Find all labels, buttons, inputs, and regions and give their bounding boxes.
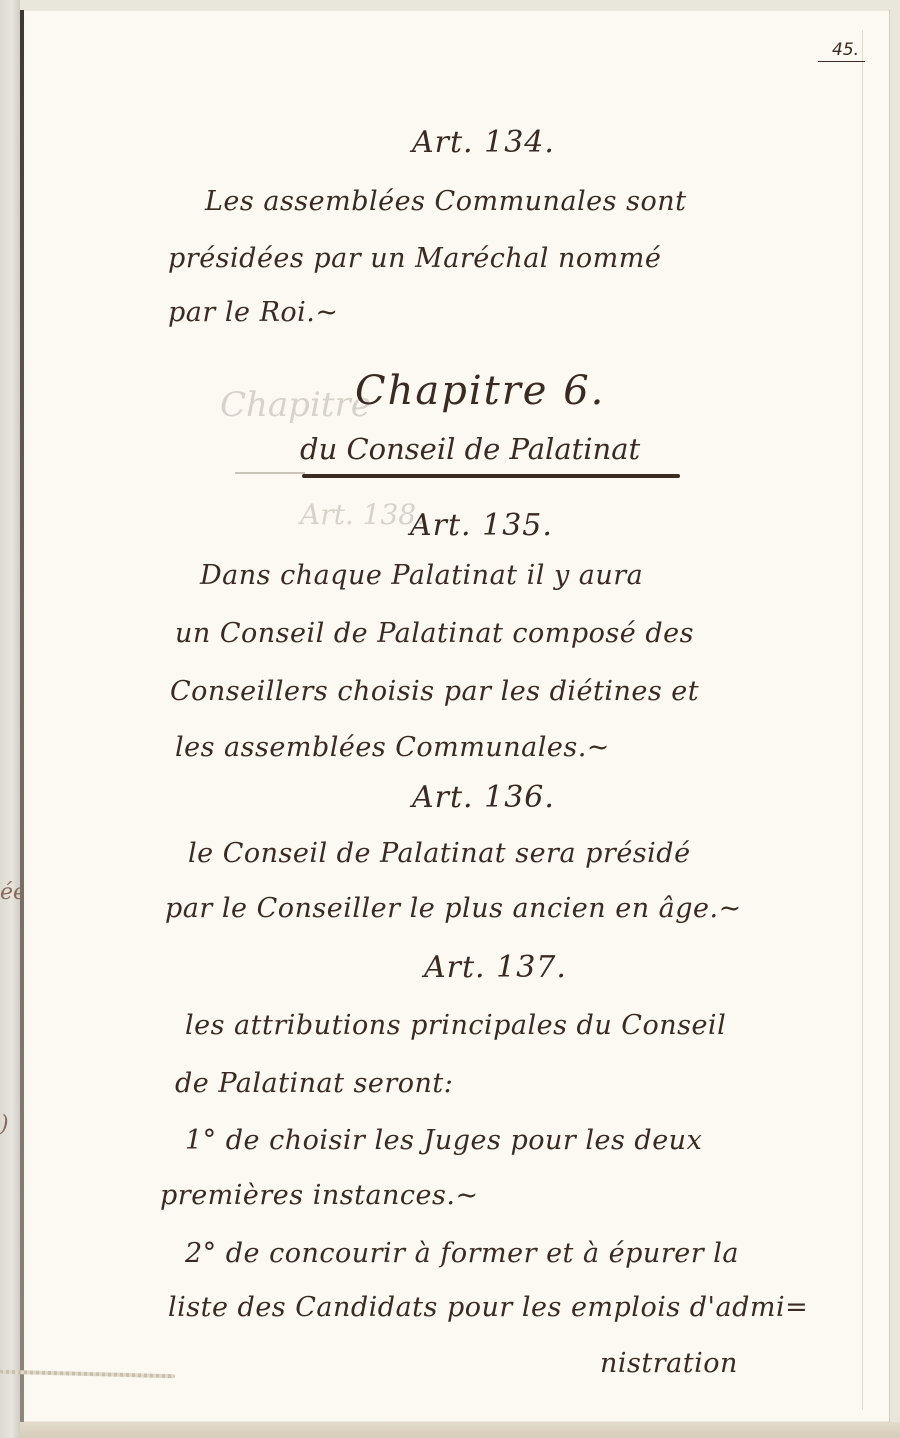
page-stack-edge [20,1422,900,1438]
text-line: Dans chaque Palatinat il y aura [200,560,643,591]
text-line: Conseillers choisis par les diétines et [170,676,699,707]
page-number: 45. [818,40,865,62]
text-line: premières instances.~ [160,1180,479,1211]
article-heading: Art. 134. [412,125,555,160]
article-heading: Art. 135. [410,508,553,543]
text-line: présidées par un Maréchal nommé [168,243,661,274]
text-line: Les assemblées Communales sont [205,186,686,217]
text-line: les assemblées Communales.~ [175,732,610,763]
text-line: 2° de concourir à former et à épurer la [185,1238,739,1269]
bleed-through-text: Art. 138. [300,498,425,531]
chapter-subtitle: du Conseil de Palatinat [300,432,640,466]
text-line: un Conseil de Palatinat composé des [175,618,694,649]
chapter-underline [302,474,680,478]
text-line: liste des Candidats pour les emplois d'a… [168,1292,808,1323]
page-margin-line [862,30,863,1410]
adjacent-page-edge: ée ) [0,0,20,1438]
manuscript-page [20,10,890,1424]
article-heading: Art. 136. [412,780,555,815]
adjacent-page-fragment: ) [0,1112,9,1137]
article-heading: Art. 137. [424,950,567,985]
text-line: par le Conseiller le plus ancien en âge.… [165,893,742,924]
divider [235,472,305,474]
text-line: le Conseil de Palatinat sera présidé [188,838,691,869]
text-line: les attributions principales du Conseil [185,1010,726,1041]
text-line: par le Roi.~ [168,297,339,328]
text-line: de Palatinat seront: [175,1068,453,1099]
chapter-title: Chapitre 6. [355,368,605,414]
text-line: nistration [600,1348,738,1379]
bleed-through-text: Chapitre [220,385,371,425]
text-line: 1° de choisir les Juges pour les deux [185,1125,702,1156]
